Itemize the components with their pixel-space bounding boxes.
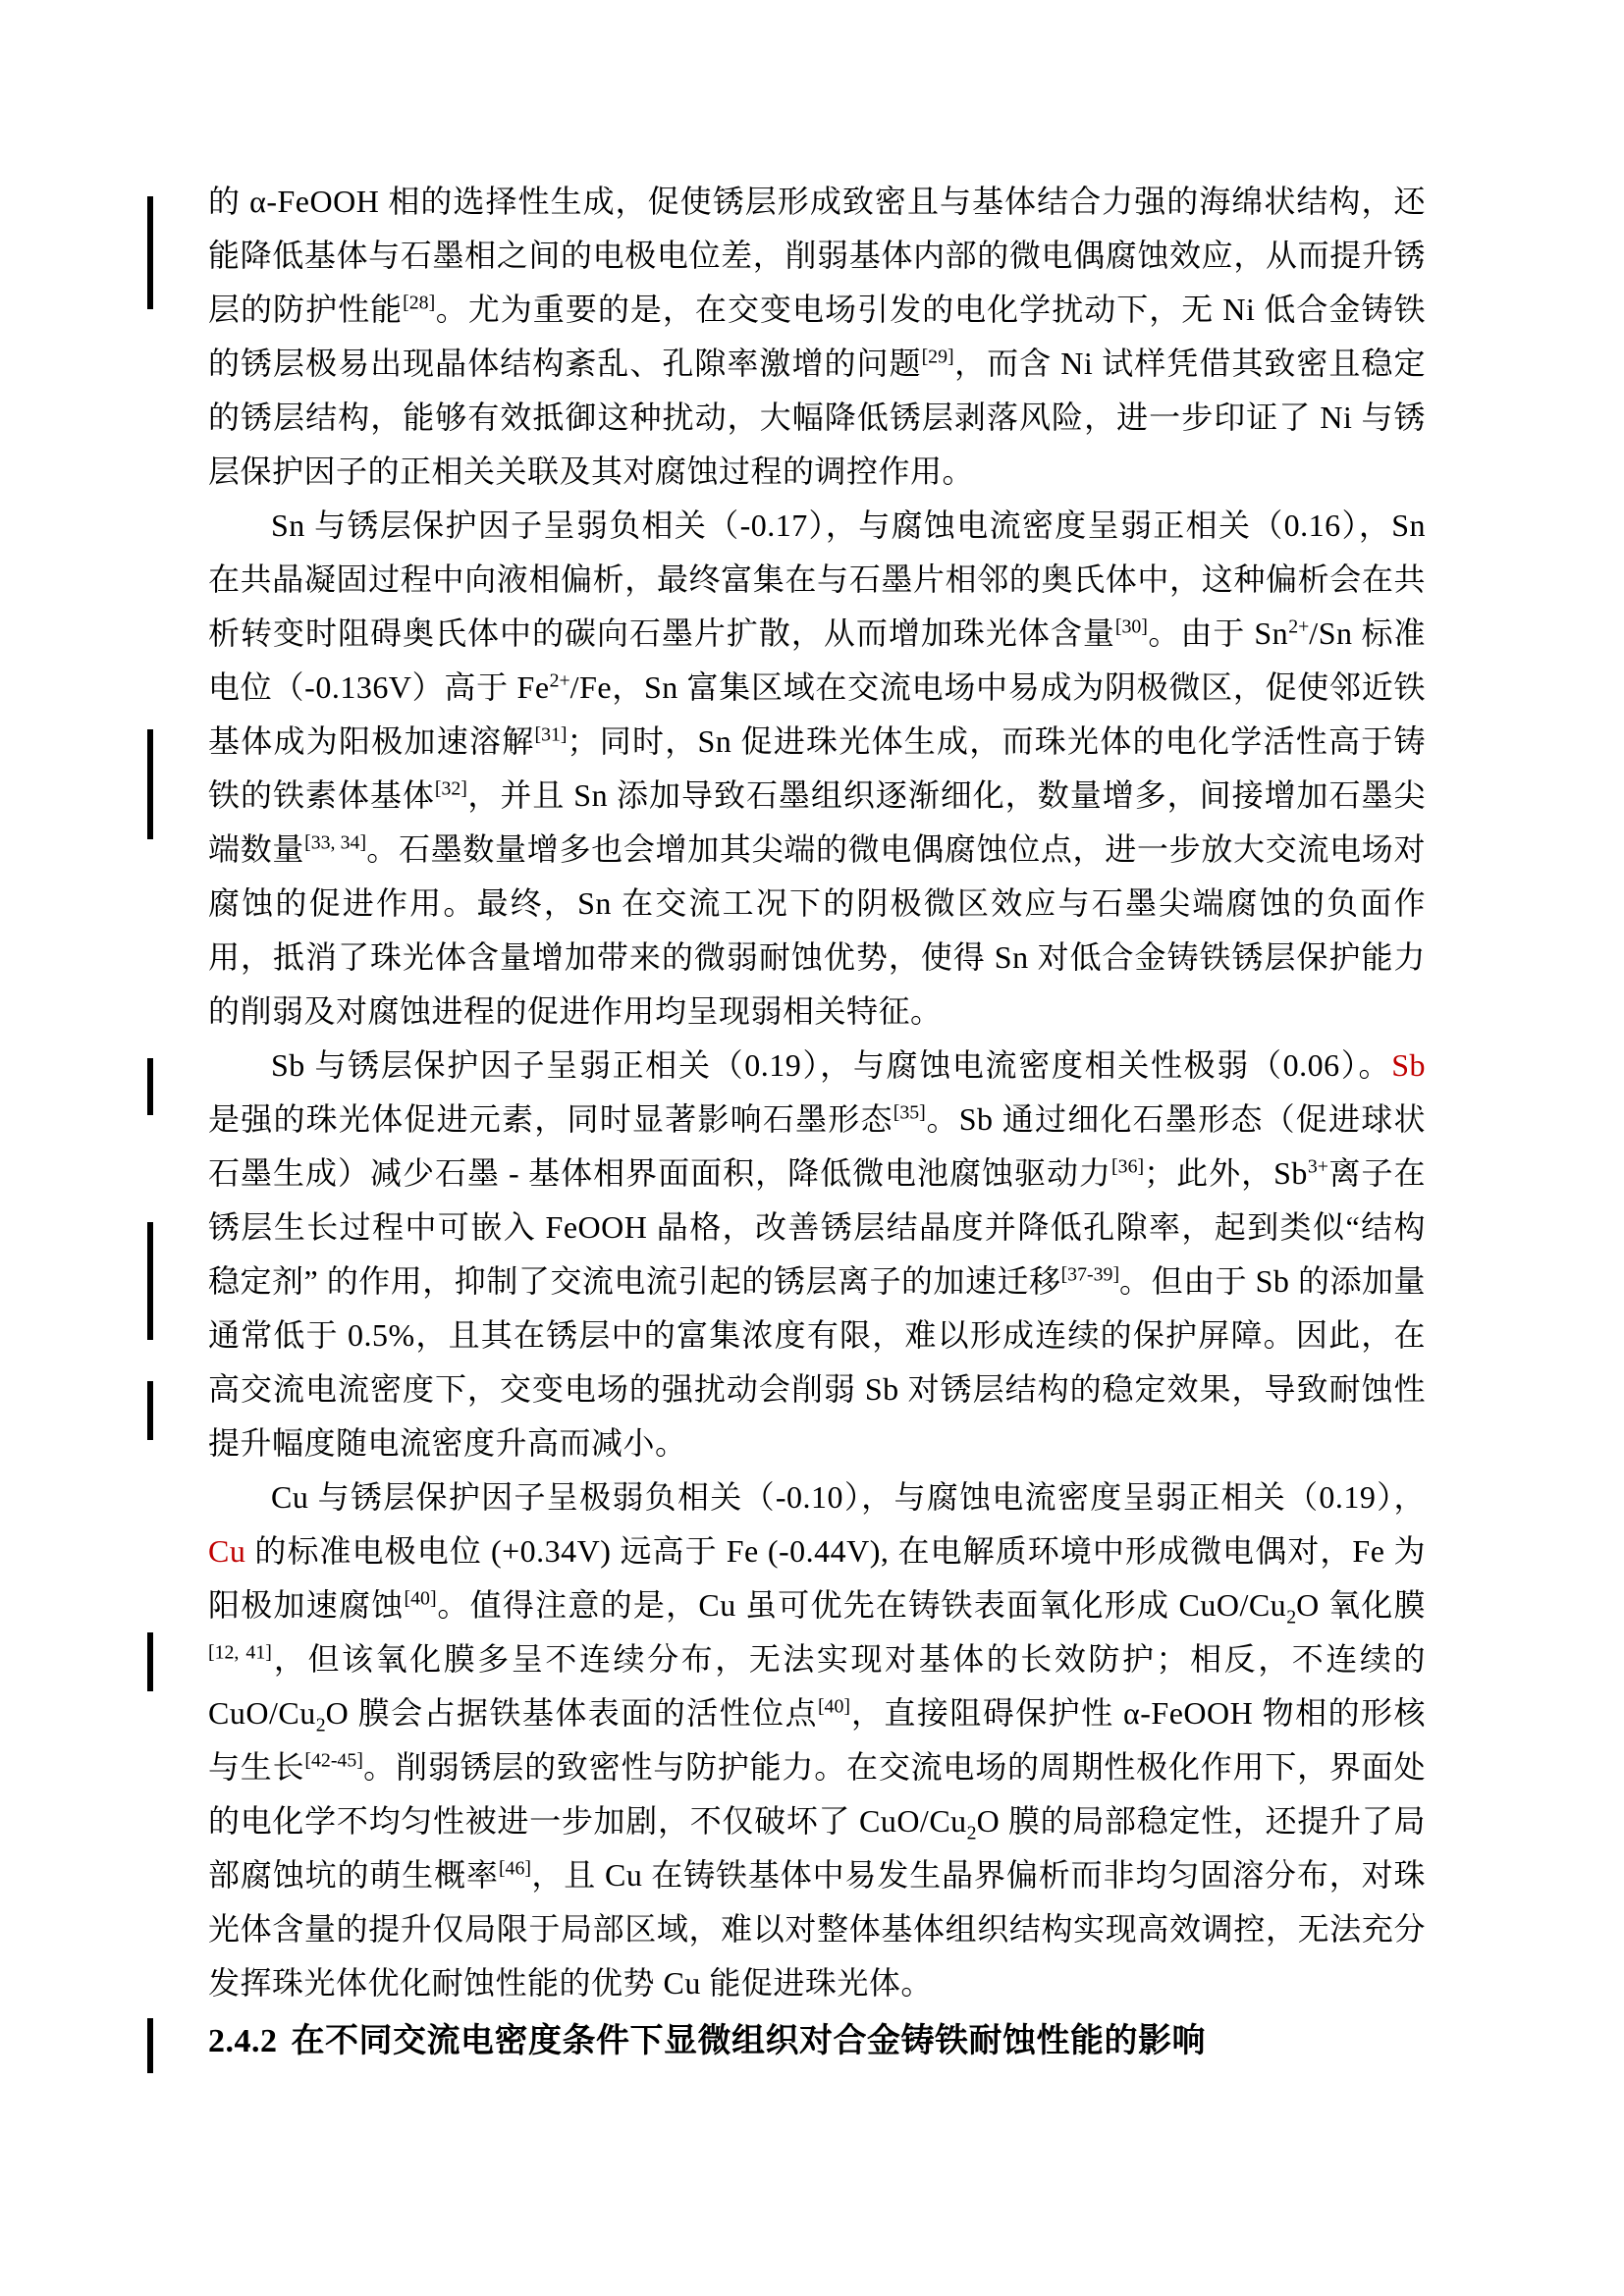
section-number: 2.4.2	[208, 2023, 278, 2059]
change-bar	[147, 1381, 153, 1440]
body-paragraph: 的 α-FeOOH 相的选择性生成，促使锈层形成致密且与基体结合力强的海绵状结构…	[208, 175, 1426, 499]
change-bar	[147, 196, 153, 309]
change-bar	[147, 1632, 153, 1691]
section-heading: 2.4.2在不同交流电密度条件下显微组织对合金铸铁耐蚀性能的影响	[208, 2014, 1426, 2068]
highlighted-element-symbol: Cu	[208, 1533, 245, 1569]
change-bar	[147, 2018, 153, 2073]
document-page: 的 α-FeOOH 相的选择性生成，促使锈层形成致密且与基体结合力强的海绵状结构…	[0, 0, 1624, 2296]
body-paragraph: Cu 与锈层保护因子呈极弱负相关（-0.10），与腐蚀电流密度呈弱正相关（0.1…	[208, 1470, 1426, 2010]
highlighted-element-symbol: Sb	[1391, 1047, 1426, 1083]
section-title: 在不同交流电密度条件下显微组织对合金铸铁耐蚀性能的影响	[292, 2023, 1207, 2059]
change-bar	[147, 1058, 153, 1115]
body-paragraph: Sb 与锈层保护因子呈弱正相关（0.19），与腐蚀电流密度相关性极弱（0.06）…	[208, 1039, 1426, 1470]
change-bar	[147, 1222, 153, 1340]
body-paragraph: Sn 与锈层保护因子呈弱负相关（-0.17），与腐蚀电流密度呈弱正相关（0.16…	[208, 499, 1426, 1039]
text-block: 的 α-FeOOH 相的选择性生成，促使锈层形成致密且与基体结合力强的海绵状结构…	[208, 175, 1426, 2068]
change-bar	[147, 729, 153, 839]
